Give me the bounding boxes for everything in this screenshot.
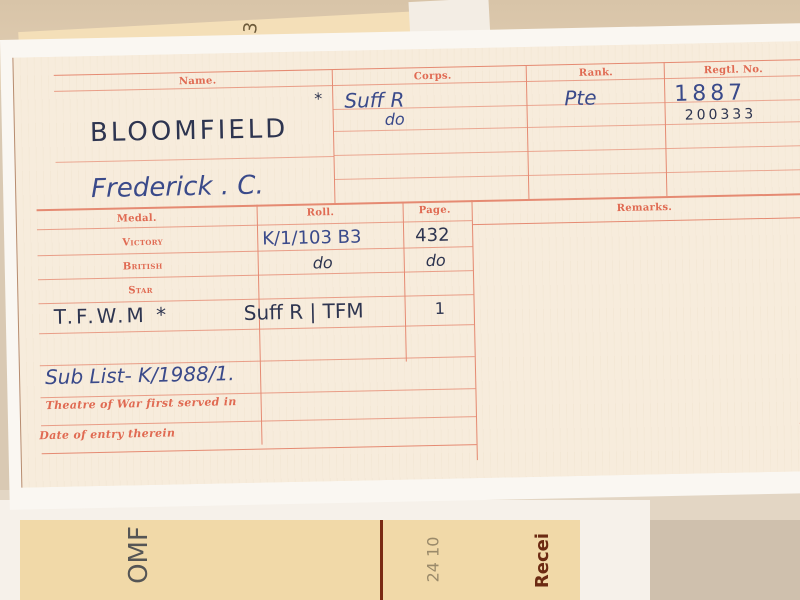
background-fragment: Recei xyxy=(532,533,553,588)
corps-ditto: do xyxy=(385,110,405,129)
rule xyxy=(38,270,473,281)
asterisk-mark: * xyxy=(314,89,322,108)
medal-name: British xyxy=(123,261,163,273)
rank-header: Rank. xyxy=(579,67,613,79)
medal-name: Victory xyxy=(122,237,163,249)
medal-name: Star xyxy=(128,285,153,297)
rule xyxy=(38,246,473,257)
medal-page: do xyxy=(426,251,446,270)
rule xyxy=(402,202,407,362)
medal-roll: do xyxy=(313,253,333,272)
background-surface-side xyxy=(650,520,800,600)
remarks-header: Remarks. xyxy=(617,202,673,214)
background-rule xyxy=(380,520,383,600)
rule xyxy=(332,69,336,203)
medal-roll: K/1/103 B3 xyxy=(262,226,362,249)
rule xyxy=(526,65,530,199)
background-document-bottom: OMF 24 10 Recei xyxy=(20,520,580,600)
regt-no-value-2: 200333 xyxy=(685,106,757,123)
extra-medal: T.F.W.M * xyxy=(54,303,170,329)
rule xyxy=(334,169,800,180)
theatre-label: Theatre of War first served in xyxy=(46,395,237,412)
rule xyxy=(41,416,476,427)
medal-card-sheet: Name. Corps. Rank. Regtl. No. * Suff R d… xyxy=(0,23,800,510)
rank-value: Pte xyxy=(564,86,597,111)
background-fragment: OMF xyxy=(124,526,154,584)
rule xyxy=(333,145,800,156)
medal-header: Medal. xyxy=(117,213,157,225)
sub-list: Sub List- K/1988/1. xyxy=(45,361,235,389)
date-label: Date of entry therein xyxy=(39,426,175,442)
regt-no-value: 1887 xyxy=(674,80,747,107)
rule xyxy=(471,200,478,460)
medal-page: 432 xyxy=(415,225,450,247)
roll-header: Roll. xyxy=(307,207,335,219)
extra-page: 1 xyxy=(435,299,446,318)
page-header: Page. xyxy=(419,205,451,217)
rule xyxy=(664,62,668,196)
rule xyxy=(37,220,472,231)
rule xyxy=(56,156,334,163)
forename: Frederick . C. xyxy=(91,171,264,205)
name-header: Name. xyxy=(179,75,217,87)
medal-index-card: Name. Corps. Rank. Regtl. No. * Suff R d… xyxy=(12,41,800,487)
extra-roll: Suff R | TFM xyxy=(244,298,364,325)
regt-no-header: Regtl. No. xyxy=(704,64,763,76)
surname: BLOOMFIELD xyxy=(90,114,289,148)
background-fragment: 24 10 xyxy=(423,537,442,583)
rule xyxy=(42,444,477,455)
corps-header: Corps. xyxy=(414,71,452,83)
rule xyxy=(472,217,800,225)
